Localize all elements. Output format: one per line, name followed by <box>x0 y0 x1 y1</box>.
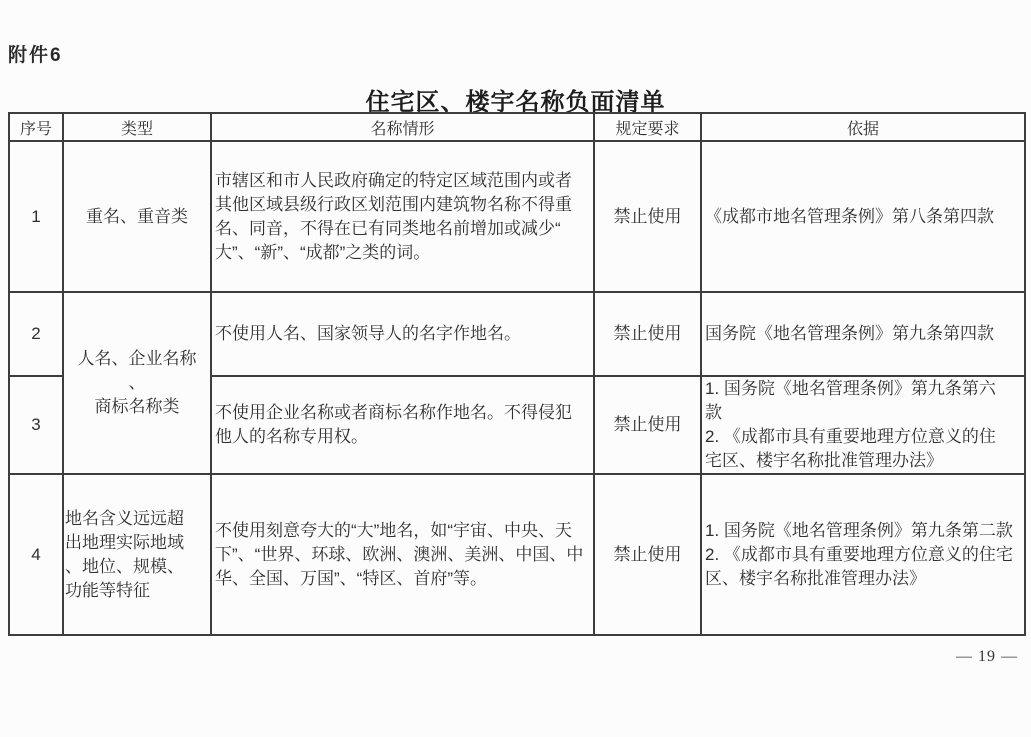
table-header-row: 序号 类型 名称情形 规定要求 依据 <box>9 113 1025 141</box>
cell-basis: 1. 国务院《地名管理条例》第九条第二款 2. 《成都市具有重要地理方位意义的住… <box>701 474 1025 635</box>
cell-situation: 不使用人名、国家领导人的名字作地名。 <box>211 292 594 376</box>
cell-type: 地名含义远远超 出地理实际地域 、地位、规模、 功能等特征 <box>63 474 211 635</box>
cell-situation: 市辖区和市人民政府确定的特定区域范围内或者 其他区域县级行政区划范围内建筑物名称… <box>211 141 594 292</box>
cell-requirement: 禁止使用 <box>594 141 701 292</box>
document-page: 附件6 住宅区、楼宇名称负面清单 序号 类型 名称情形 规定要求 依据 1 重名… <box>0 0 1031 737</box>
negative-list-table: 序号 类型 名称情形 规定要求 依据 1 重名、重音类 市辖区和市人民政府确定的… <box>8 112 1026 636</box>
cell-type: 重名、重音类 <box>63 141 211 292</box>
cell-no: 1 <box>9 141 63 292</box>
cell-requirement: 禁止使用 <box>594 376 701 474</box>
col-header-basis: 依据 <box>701 113 1025 141</box>
col-header-situation: 名称情形 <box>211 113 594 141</box>
cell-requirement: 禁止使用 <box>594 474 701 635</box>
cell-no: 3 <box>9 376 63 474</box>
cell-situation: 不使用企业名称或者商标名称作地名。不得侵犯 他人的名称专用权。 <box>211 376 594 474</box>
cell-type-merged: 人名、企业名称 、 商标名称类 <box>63 292 211 474</box>
page-number: — 19 — <box>956 648 1018 666</box>
cell-no: 2 <box>9 292 63 376</box>
table-row: 4 地名含义远远超 出地理实际地域 、地位、规模、 功能等特征 不使用刻意夸大的… <box>9 474 1025 635</box>
table-row: 1 重名、重音类 市辖区和市人民政府确定的特定区域范围内或者 其他区域县级行政区… <box>9 141 1025 292</box>
col-header-requirement: 规定要求 <box>594 113 701 141</box>
attachment-label: 附件6 <box>8 40 63 67</box>
cell-basis: 1. 国务院《地名管理条例》第九条第六 款 2. 《成都市具有重要地理方位意义的… <box>701 376 1025 474</box>
table-row: 2 人名、企业名称 、 商标名称类 不使用人名、国家领导人的名字作地名。 禁止使… <box>9 292 1025 376</box>
col-header-no: 序号 <box>9 113 63 141</box>
cell-situation: 不使用刻意夸大的“大”地名，如“宇宙、中央、天 下”、“世界、环球、欧洲、澳洲、… <box>211 474 594 635</box>
cell-requirement: 禁止使用 <box>594 292 701 376</box>
col-header-type: 类型 <box>63 113 211 141</box>
cell-no: 4 <box>9 474 63 635</box>
cell-basis: 国务院《地名管理条例》第九条第四款 <box>701 292 1025 376</box>
cell-basis: 《成都市地名管理条例》第八条第四款 <box>701 141 1025 292</box>
